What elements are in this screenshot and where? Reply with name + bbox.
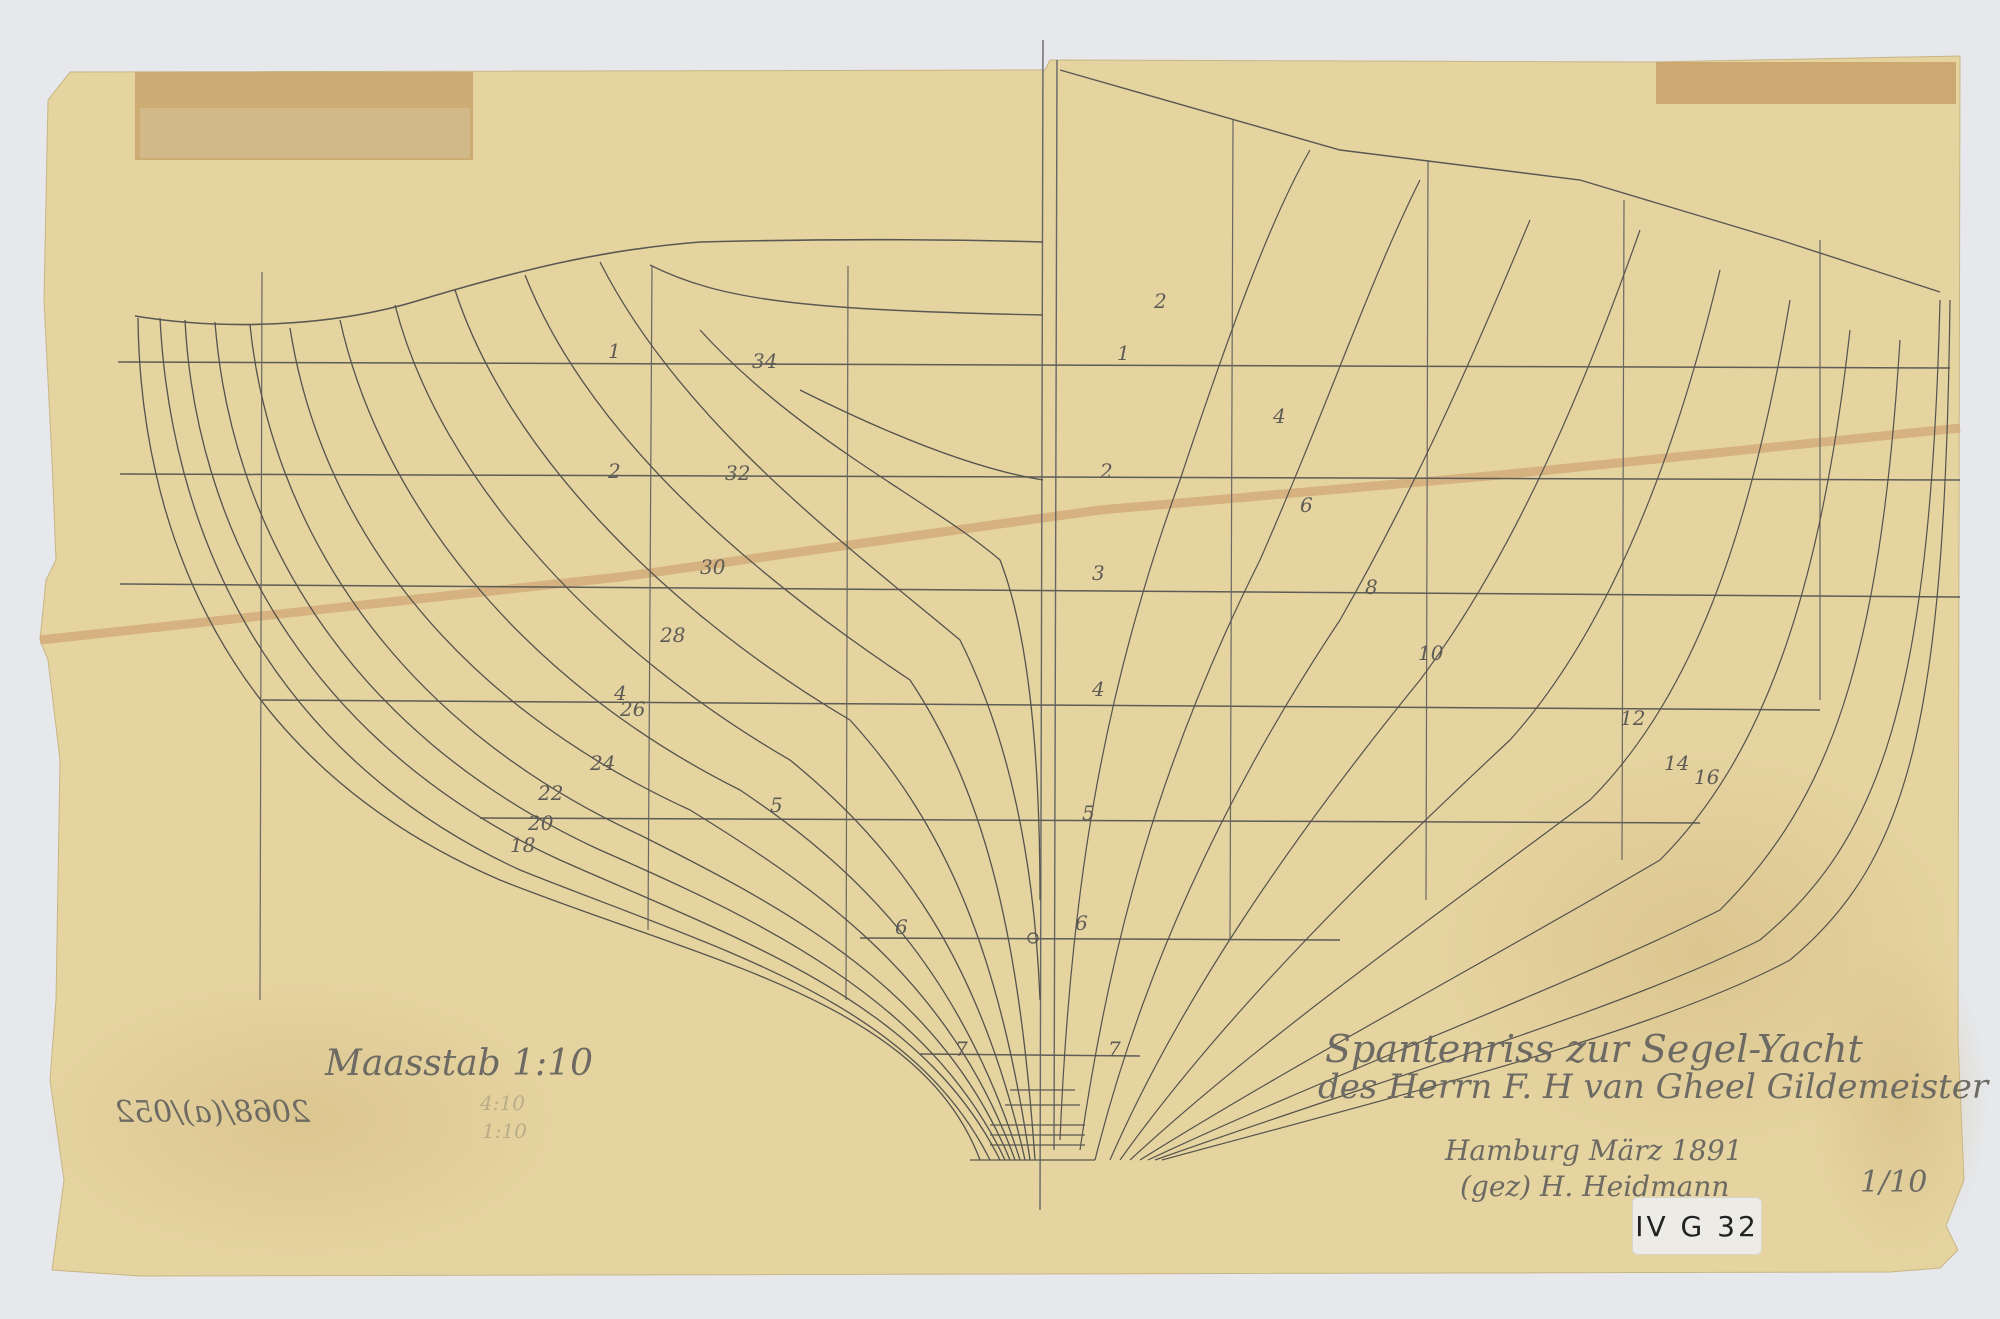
title-line-1: Spantenriss zur Segel-Yacht — [1325, 1027, 1864, 1071]
annotations-layer: Spantenriss zur Segel-Yacht des Herrn F.… — [0, 0, 2000, 1319]
archive-label: IV G 32 — [1632, 1197, 1762, 1255]
inventory-number: 2068/(a)/052 — [115, 1095, 311, 1130]
archive-label-text: IV G 32 — [1635, 1210, 1759, 1243]
title-line-2: des Herrn F. H van Gheel Gildemeister — [1318, 1067, 1990, 1107]
scale-label: Maasstab 1:10 — [324, 1043, 593, 1084]
scale-mark-1: 4:10 — [479, 1091, 525, 1115]
note-mark: 1/10 — [1860, 1165, 1927, 1200]
scale-mark-2: 1:10 — [482, 1119, 527, 1143]
place-date: Hamburg März 1891 — [1444, 1134, 1743, 1167]
